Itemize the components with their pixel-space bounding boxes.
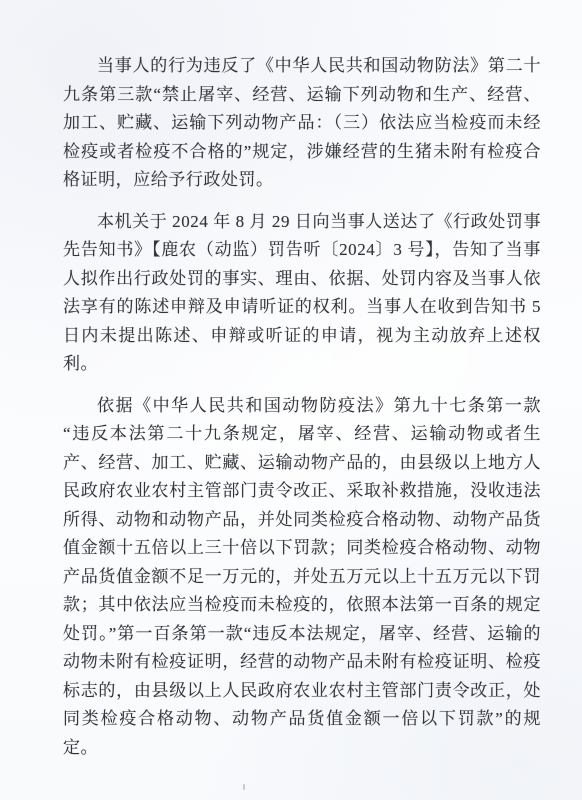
paragraph-violation-finding: 当事人的行为违反了《中华人民共和国动物防法》第二十九条第三款“禁止屠宰、经营、运… <box>63 52 541 195</box>
scan-artifact <box>243 784 245 790</box>
document-page: 当事人的行为违反了《中华人民共和国动物防法》第二十九条第三款“禁止屠宰、经营、运… <box>0 0 582 800</box>
document-body: 当事人的行为违反了《中华人民共和国动物防法》第二十九条第三款“禁止屠宰、经营、运… <box>63 52 541 775</box>
paragraph-prior-notice: 本机关于 2024 年 8 月 29 日向当事人送达了《行政处罚事先告知书》【鹿… <box>63 208 541 379</box>
paragraph-legal-basis: 依据《中华人民共和国动物防疫法》第九十七条第一款“违反本法第二十九条规定，屠宰、… <box>63 392 541 763</box>
